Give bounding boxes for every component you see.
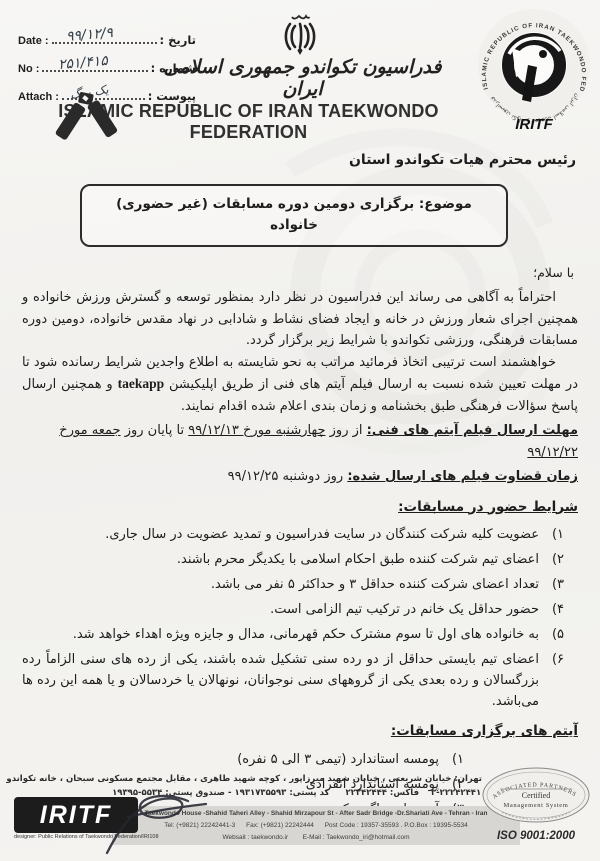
conditions-title: شرایط حضور در مسابقات: bbox=[22, 497, 578, 519]
item-number: ۵) bbox=[546, 624, 564, 645]
logo-wordmark: IRITF bbox=[515, 116, 553, 133]
paragraph-1: احتراماً به آگاهی می رساند این فدراسیون … bbox=[22, 287, 578, 352]
item-text: به خانواده های اول تا سوم مشترک حکم قهرم… bbox=[73, 624, 539, 645]
item-number: ۱) bbox=[546, 524, 564, 545]
federation-name-calligraphy: فدراسیون تکواندو جمهوری اسلامی ایران bbox=[150, 56, 455, 100]
federation-round-logo: ISLAMIC REPUBLIC OF IRAN TAEKWONDO FEDER… bbox=[476, 5, 592, 137]
iran-emblem-icon bbox=[281, 14, 319, 58]
date-label-en: Date : bbox=[18, 35, 49, 48]
item-text: عضویت کلیه شرکت کنندگان در سایت فدراسیون… bbox=[105, 524, 539, 545]
condition-item: ۲) اعضای تیم شرکت کننده طبق احکام اسلامی… bbox=[22, 549, 564, 570]
crossed-belt-icon bbox=[50, 89, 124, 145]
salutation: با سلام؛ bbox=[22, 262, 574, 284]
deadline-mid: تا پایان روز bbox=[125, 423, 184, 438]
letter-body: رئیس محترم هیات تکواندو استان موضوع: برگ… bbox=[0, 150, 600, 824]
item-text: تعداد اعضای شرکت کننده حداقل ۳ و حداکثر … bbox=[211, 574, 539, 595]
date-label-fa: تاریخ : bbox=[160, 33, 196, 48]
judging-label: زمان قضاوت فیلم های ارسال شده: bbox=[347, 469, 578, 484]
item-text: اعضای تیم شرکت کننده طبق احکام اسلامی با… bbox=[177, 549, 539, 570]
competition-item: ۱) پومسه استاندارد (تیمی ۳ الی ۵ نفره) bbox=[22, 749, 464, 770]
item-number: ۶) bbox=[546, 649, 564, 712]
condition-item: ۱) عضویت کلیه شرکت کنندگان در سایت فدراس… bbox=[22, 524, 564, 545]
condition-item: ۳) تعداد اعضای شرکت کننده حداقل ۳ و حداک… bbox=[22, 574, 564, 595]
date-field-row: Date : تاریخ : ۹۹/۱۲/۹ bbox=[18, 20, 196, 48]
number-label-en: No : bbox=[18, 63, 39, 76]
item-number: ۳) bbox=[546, 574, 564, 595]
item-text: حضور حداقل یک خانم در ترکیب تیم الزامی ا… bbox=[270, 599, 539, 620]
scanned-letter-page: Date : تاریخ : ۹۹/۱۲/۹ No : شماره : ۲۵۱/… bbox=[0, 0, 600, 861]
judging-date: روز دوشنبه ۹۹/۱۲/۲۵ bbox=[228, 469, 344, 484]
addressee-line: رئیس محترم هیات تکواندو استان bbox=[22, 150, 576, 172]
judging-line: زمان قضاوت فیلم های ارسال شده: روز دوشنب… bbox=[22, 466, 578, 488]
condition-item: ۴) حضور حداقل یک خانم در ترکیب تیم الزام… bbox=[22, 599, 564, 620]
certification-seal: ASSOCIATED PARTNERS Certified Management… bbox=[480, 766, 592, 842]
seal-certified-text: Certified bbox=[522, 791, 550, 800]
deadline-pre: از روز bbox=[330, 423, 363, 438]
item-text: اعضای تیم بایستی حداقل از دو رده سنی تشک… bbox=[22, 649, 539, 712]
taekapp-word: taekapp bbox=[118, 376, 165, 391]
paragraph-2: خواهشمند است ترتیبی اتخاذ فرمائید مراتب … bbox=[22, 352, 578, 418]
item-text: پومسه استاندارد (تیمی ۳ الی ۵ نفره) bbox=[237, 749, 439, 770]
condition-item: ۶) اعضای تیم بایستی حداقل از دو رده سنی … bbox=[22, 649, 564, 712]
deadline-label: مهلت ارسال فیلم آیتم های فنی: bbox=[367, 423, 578, 438]
deadline-line: مهلت ارسال فیلم آیتم های فنی: از روز چها… bbox=[22, 420, 578, 463]
condition-item: ۵) به خانواده های اول تا سوم مشترک حکم ق… bbox=[22, 624, 564, 645]
item-number: ۱) bbox=[446, 749, 464, 770]
signature bbox=[100, 787, 220, 861]
deadline-start-date: چهارشنبه مورخ ۹۹/۱۲/۱۳ bbox=[188, 423, 325, 438]
seal-emblem: ASSOCIATED PARTNERS Certified Management… bbox=[480, 766, 592, 824]
item-number: ۴) bbox=[546, 599, 564, 620]
seal-management-text: Management System bbox=[504, 802, 569, 809]
iso-certification-label: ISO 9001:2000 bbox=[480, 830, 592, 842]
footer-address-fa: تهران: خیابان شریعتی ، خیابان شهید میرزا… bbox=[138, 774, 482, 784]
item-number: ۲) bbox=[546, 549, 564, 570]
subject-box: موضوع: برگزاری دومین دوره مسابقات (غیر ح… bbox=[80, 184, 508, 247]
competition-items-title: آیتم های برگزاری مسابقات: bbox=[22, 721, 578, 743]
